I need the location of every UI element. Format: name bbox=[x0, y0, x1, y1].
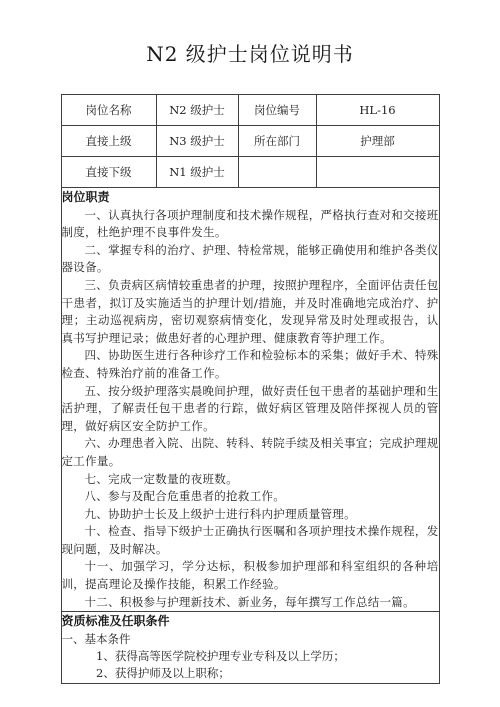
qualifications-row: 资质标准及任职条件 一、基本条件 1、获得高等医学院校护理专业专科及以上学历； … bbox=[61, 612, 439, 683]
qualifications-subheading: 一、基本条件 bbox=[62, 631, 439, 648]
field-value-direct-subordinate: N1 级护士 bbox=[156, 157, 238, 188]
qualification-item-1: 1、获得高等医学院校护理专业专科及以上学历； bbox=[62, 648, 439, 665]
qualifications-heading: 资质标准及任职条件 bbox=[62, 612, 439, 631]
field-value-empty bbox=[316, 157, 439, 188]
duty-item-9: 九、协助护士长及上级护士进行科内护理质量管理。 bbox=[62, 506, 439, 524]
field-label-department: 所在部门 bbox=[238, 126, 316, 157]
info-row-position: 岗位名称 N2 级护士 岗位编号 HL-16 bbox=[61, 95, 439, 126]
field-value-direct-superior: N3 级护士 bbox=[156, 126, 238, 157]
duty-item-10: 十、检查、指导下级护士正确执行医嘱和各项护理技术操作规程，发现问题，及时解决。 bbox=[62, 523, 439, 558]
info-row-superior: 直接上级 N3 级护士 所在部门 护理部 bbox=[61, 126, 439, 157]
duty-item-8: 八、参与及配合危重患者的抢救工作。 bbox=[62, 488, 439, 506]
field-label-direct-superior: 直接上级 bbox=[61, 126, 156, 157]
field-value-position-code: HL-16 bbox=[316, 95, 439, 126]
duty-item-6: 六、办理患者入院、出院、转科、转院手续及相关事宜；完成护理规定工作量。 bbox=[62, 435, 439, 470]
info-row-subordinate: 直接下级 N1 级护士 bbox=[61, 157, 439, 188]
field-label-position-name: 岗位名称 bbox=[61, 95, 156, 126]
duties-heading: 岗位职责 bbox=[62, 188, 439, 207]
page-title: N2 级护士岗位说明书 bbox=[0, 38, 500, 67]
field-value-position-name: N2 级护士 bbox=[156, 95, 238, 126]
duties-row: 岗位职责 一、认真执行各项护理制度和技术操作规程，严格执行查对和交接班制度，杜绝… bbox=[61, 188, 439, 612]
document-page: N2 级护士岗位说明书 岗位名称 N2 级护士 岗位编号 HL-16 直接上级 … bbox=[0, 0, 500, 707]
duties-cell: 岗位职责 一、认真执行各项护理制度和技术操作规程，严格执行查对和交接班制度，杜绝… bbox=[61, 188, 439, 612]
duty-item-3: 三、负责病区病情较重患者的护理，按照护理程序，全面评估责任包干患者，拟订及实施适… bbox=[62, 277, 439, 347]
field-value-department: 护理部 bbox=[316, 126, 439, 157]
qualifications-cell: 资质标准及任职条件 一、基本条件 1、获得高等医学院校护理专业专科及以上学历； … bbox=[61, 612, 439, 683]
duty-item-11: 十一、加强学习，学分达标，积极参加护理部和科室组织的各种培训，提高理论及操作技能… bbox=[62, 558, 439, 593]
duty-item-4: 四、协助医生进行各种诊疗工作和检验标本的采集；做好手术、特殊检查、特殊治疗前的准… bbox=[62, 347, 439, 382]
duty-item-5: 五、按分级护理落实晨晚间护理，做好责任包干患者的基础护理和生活护理，了解责任包干… bbox=[62, 383, 439, 436]
duty-item-12: 十二、积极参与护理新技术、新业务，每年撰写工作总结一篇。 bbox=[62, 594, 439, 612]
duty-item-7: 七、完成一定数量的夜班数。 bbox=[62, 471, 439, 489]
qualification-item-2: 2、获得护师及以上职称； bbox=[62, 665, 439, 682]
duty-item-1: 一、认真执行各项护理制度和技术操作规程，严格执行查对和交接班制度，杜绝护理不良事… bbox=[62, 207, 439, 242]
job-description-table: 岗位名称 N2 级护士 岗位编号 HL-16 直接上级 N3 级护士 所在部门 … bbox=[61, 94, 440, 684]
duty-item-2: 二、掌握专科的治疗、护理、特检常规，能够正确使用和维护各类仪器设备。 bbox=[62, 242, 439, 277]
field-label-empty bbox=[238, 157, 316, 188]
field-label-position-code: 岗位编号 bbox=[238, 95, 316, 126]
field-label-direct-subordinate: 直接下级 bbox=[61, 157, 156, 188]
